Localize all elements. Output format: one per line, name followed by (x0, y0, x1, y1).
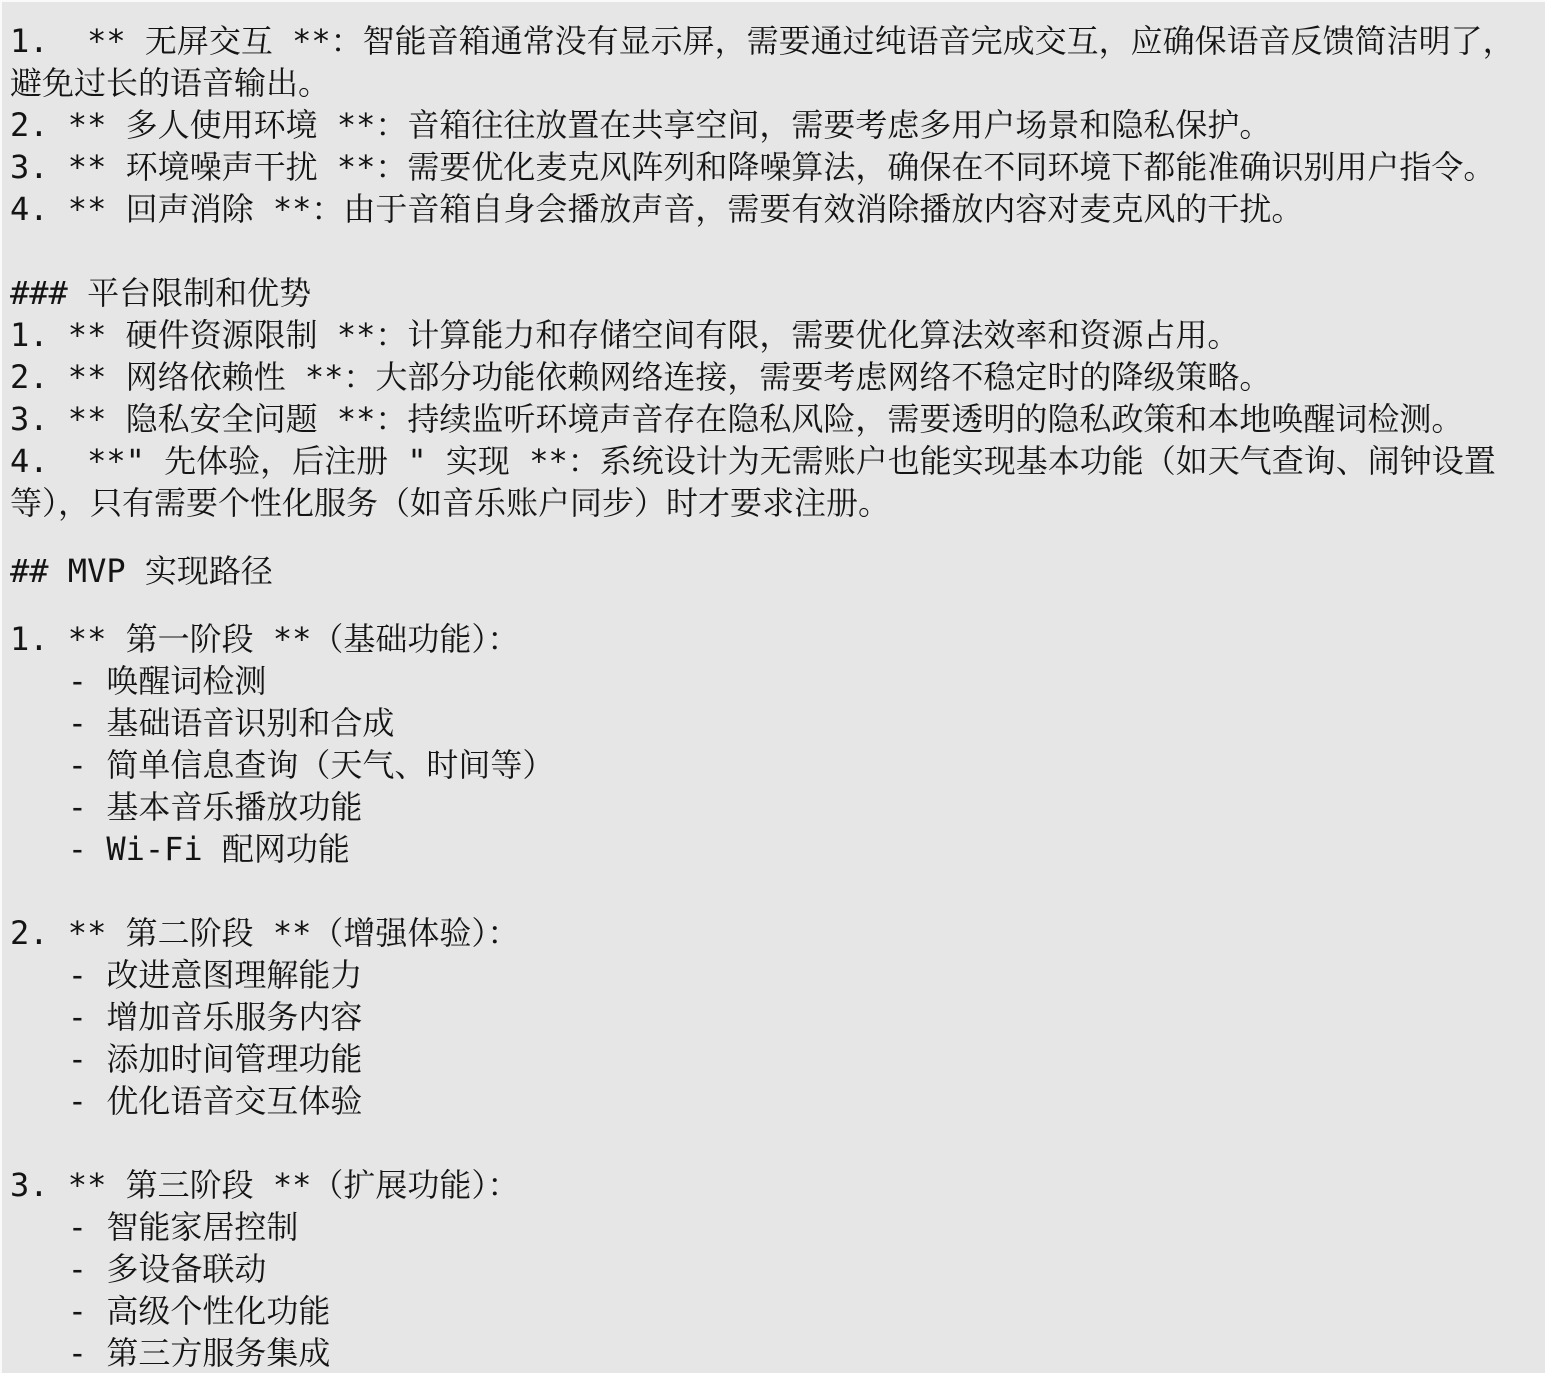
text-line: 3. ** 环境噪声干扰 **：需要优化麦克风阵列和降噪算法，确保在不同环境下都… (10, 146, 1545, 188)
text-line: 避免过长的语音输出。 (10, 62, 1545, 104)
text-line: 1. ** 硬件资源限制 **：计算能力和存储空间有限，需要优化算法效率和资源占… (10, 314, 1545, 356)
heading-line: ### 平台限制和优势 (10, 272, 1545, 314)
text-line: 2. ** 网络依赖性 **：大部分功能依赖网络连接，需要考虑网络不稳定时的降级… (10, 356, 1545, 398)
text-line: - 高级个性化功能 (10, 1290, 1545, 1332)
blank-line (10, 1122, 1545, 1164)
text-line: 4. **" 先体验，后注册 " 实现 **：系统设计为无需账户也能实现基本功能… (10, 440, 1545, 482)
text-line: 1. ** 无屏交互 **：智能音箱通常没有显示屏，需要通过纯语音完成交互，应确… (10, 20, 1545, 62)
heading-line: ## MVP 实现路径 (10, 550, 1545, 592)
text-line: 2. ** 多人使用环境 **：音箱往往放置在共享空间，需要考虑多用户场景和隐私… (10, 104, 1545, 146)
blank-line (10, 230, 1545, 272)
text-line: 2. ** 第二阶段 **（增强体验）： (10, 912, 1545, 954)
blank-line (10, 870, 1545, 912)
text-line: - 智能家居控制 (10, 1206, 1545, 1248)
text-line: - 改进意图理解能力 (10, 954, 1545, 996)
text-line: 3. ** 第三阶段 **（扩展功能）： (10, 1164, 1545, 1206)
text-line: 3. ** 隐私安全问题 **：持续监听环境声音存在隐私风险，需要透明的隐私政策… (10, 398, 1545, 440)
text-line: 等），只有需要个性化服务（如音乐账户同步）时才要求注册。 (10, 482, 1545, 524)
text-line: - 简单信息查询（天气、时间等） (10, 744, 1545, 786)
text-line: - 增加音乐服务内容 (10, 996, 1545, 1038)
text-line: - 基础语音识别和合成 (10, 702, 1545, 744)
text-line: - 唤醒词检测 (10, 660, 1545, 702)
text-line: - 第三方服务集成 (10, 1332, 1545, 1373)
text-line: 4. ** 回声消除 **：由于音箱自身会播放声音，需要有效消除播放内容对麦克风… (10, 188, 1545, 230)
text-line: - 多设备联动 (10, 1248, 1545, 1290)
text-line: - 添加时间管理功能 (10, 1038, 1545, 1080)
text-line: 1. ** 第一阶段 **（基础功能）： (10, 618, 1545, 660)
document-text-area: 1. ** 无屏交互 **：智能音箱通常没有显示屏，需要通过纯语音完成交互，应确… (0, 0, 1545, 1373)
text-line: - Wi-Fi 配网功能 (10, 828, 1545, 870)
text-line: - 优化语音交互体验 (10, 1080, 1545, 1122)
text-line: - 基本音乐播放功能 (10, 786, 1545, 828)
